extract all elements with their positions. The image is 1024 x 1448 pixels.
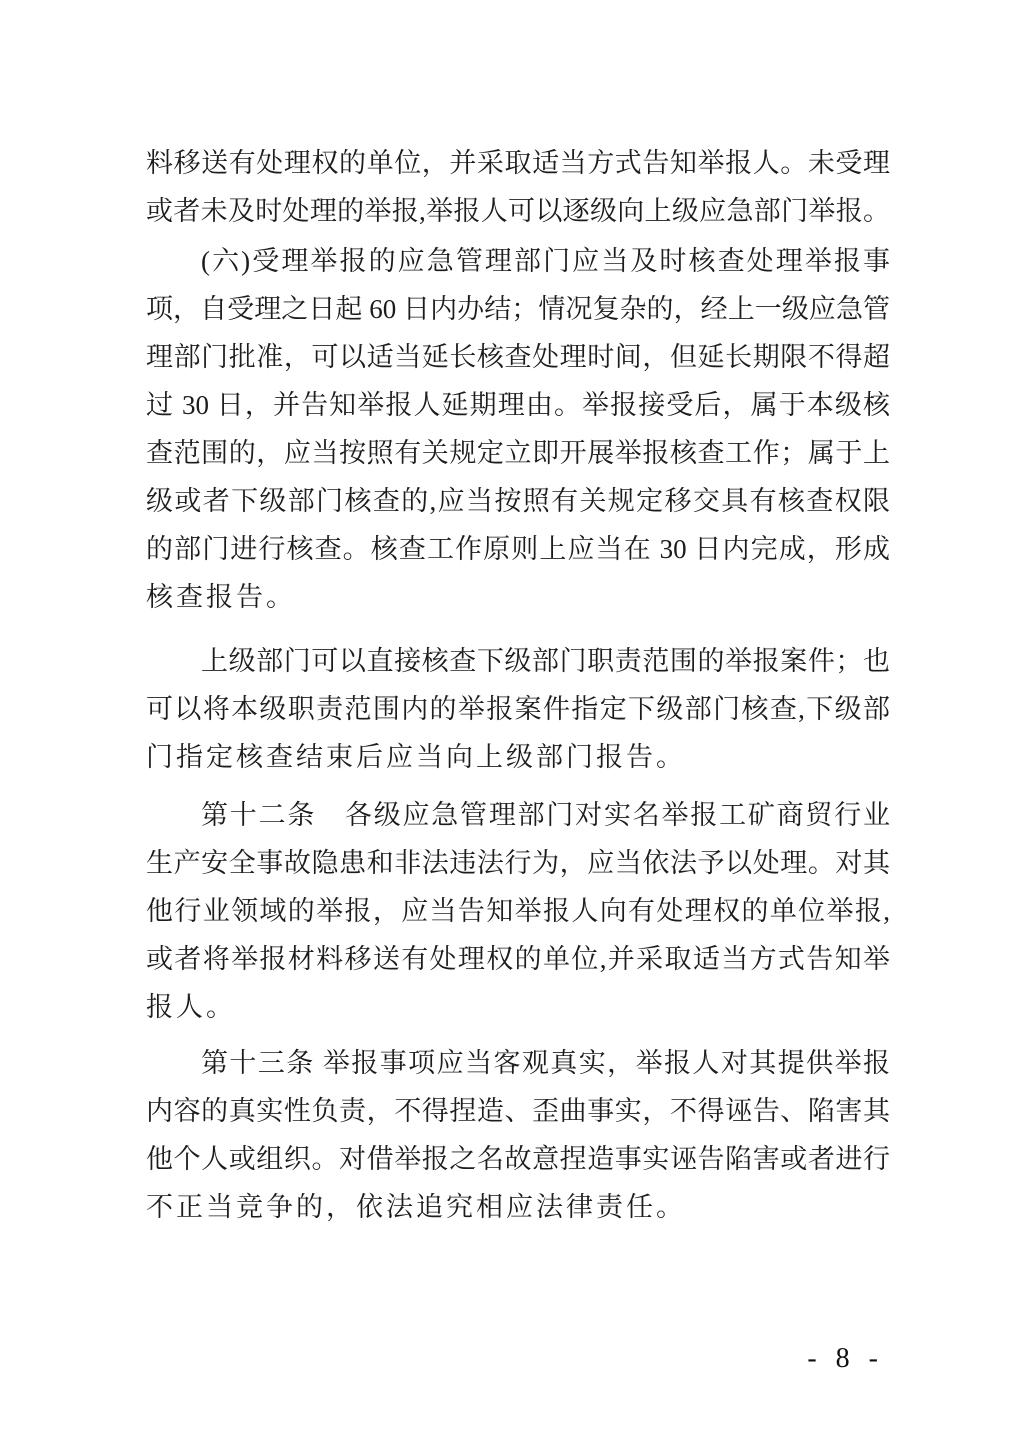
document-body: 料移送有处理权的单位，并采取适当方式告知举报人。未受理或者未及时处理的举报,举报…: [146, 139, 890, 1231]
paragraph: 第十三条 举报事项应当客观真实，举报人对其提供举报内容的真实性负责，不得捏造、歪…: [146, 1039, 890, 1231]
text-line: 门指定核查结束后应当向上级部门报告。: [146, 733, 890, 781]
paragraph: 料移送有处理权的单位，并采取适当方式告知举报人。未受理或者未及时处理的举报,举报…: [146, 139, 890, 235]
text-line: 生产安全事故隐患和非法违法行为，应当依法予以处理。对其: [146, 839, 890, 887]
text-line: 核查报告。: [146, 573, 890, 621]
document-page: 料移送有处理权的单位，并采取适当方式告知举报人。未受理或者未及时处理的举报,举报…: [0, 0, 1024, 1448]
text-line: 报人。: [146, 983, 890, 1031]
paragraph: 上级部门可以直接核查下级部门职责范围的举报案件；也可以将本级职责范围内的举报案件…: [146, 637, 890, 781]
text-line: 查范围的，应当按照有关规定立即开展举报核查工作；属于上: [146, 429, 890, 477]
paragraph: (六)受理举报的应急管理部门应当及时核查处理举报事项，自受理之日起 60 日内办…: [146, 237, 890, 621]
text-line: 他行业领域的举报，应当告知举报人向有处理权的单位举报,: [146, 887, 890, 935]
text-line: 级或者下级部门核查的,应当按照有关规定移交具有核查权限: [146, 477, 890, 525]
text-line: 不正当竞争的，依法追究相应法律责任。: [146, 1183, 890, 1231]
text-line: 内容的真实性负责，不得捏造、歪曲事实，不得诬告、陷害其: [146, 1087, 890, 1135]
text-line: 项，自受理之日起 60 日内办结；情况复杂的，经上一级应急管: [146, 285, 890, 333]
text-line: 料移送有处理权的单位，并采取适当方式告知举报人。未受理: [146, 139, 890, 187]
text-line: 的部门进行核查。核查工作原则上应当在 30 日内完成，形成: [146, 525, 890, 573]
text-line: 他个人或组织。对借举报之名故意捏造事实诬告陷害或者进行: [146, 1135, 890, 1183]
text-line: (六)受理举报的应急管理部门应当及时核查处理举报事: [146, 237, 890, 285]
text-line: 或者将举报材料移送有处理权的单位,并采取适当方式告知举: [146, 935, 890, 983]
text-line: 第十二条 各级应急管理部门对实名举报工矿商贸行业: [146, 791, 890, 839]
text-line: 或者未及时处理的举报,举报人可以逐级向上级应急部门举报。: [146, 187, 890, 235]
text-line: 上级部门可以直接核查下级部门职责范围的举报案件；也: [146, 637, 890, 685]
page-number-label: - 8 -: [807, 1343, 884, 1374]
text-line: 可以将本级职责范围内的举报案件指定下级部门核查,下级部: [146, 685, 890, 733]
text-line: 理部门批准，可以适当延长核查处理时间，但延长期限不得超: [146, 333, 890, 381]
paragraph: 第十二条 各级应急管理部门对实名举报工矿商贸行业生产安全事故隐患和非法违法行为，…: [146, 791, 890, 1031]
text-line: 过 30 日，并告知举报人延期理由。举报接受后，属于本级核: [146, 381, 890, 429]
page-number: - 8 -: [807, 1342, 884, 1376]
text-line: 第十三条 举报事项应当客观真实，举报人对其提供举报: [146, 1039, 890, 1087]
